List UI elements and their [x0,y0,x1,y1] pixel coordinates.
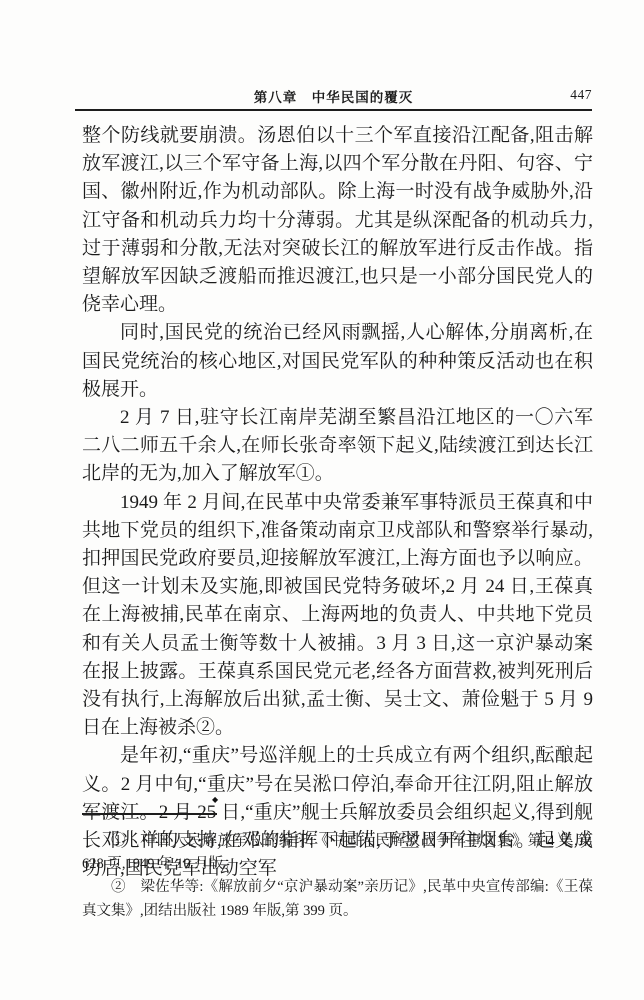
paragraph-3: 2 月 7 日,驻守长江南岸芜湖至繁昌沿江地区的一〇六军二八二师五千余人,在师长… [82,404,593,489]
footnotes-section: ① 中国人民解放军总部编印:《中国人民解放战争军事文集》第 4 集,第 628 … [82,830,593,923]
footnote-2: ② 梁佐华等:《解放前夕“京沪暴动案”亲历记》,民革中央宣传部编:《王葆真文集》… [82,876,593,922]
paragraph-2: 同时,国民党的统治已经风雨飘摇,人心解体,分崩离析,在国民党统治的核心地区,对国… [82,319,593,404]
page-header: 第八章 中华民国的覆灭 447 [75,86,592,106]
header-rule [75,109,592,111]
body-text: 整个防线就要崩溃。汤恩伯以十三个军直接沿江配备,阻击解放军渡江,以三个军守备上海… [82,122,593,883]
book-page: 第八章 中华民国的覆灭 447 整个防线就要崩溃。汤恩伯以十三个军直接沿江配备,… [0,0,644,1000]
paragraph-1: 整个防线就要崩溃。汤恩伯以十三个军直接沿江配备,阻击解放军渡江,以三个军守备上海… [82,122,593,319]
footnote-separator-dot-icon: ◆ [212,796,218,804]
footnote-separator-rule [82,813,217,815]
running-head-chapter-title: 第八章 中华民国的覆灭 [75,86,592,106]
paragraph-4: 1949 年 2 月间,在民革中央常委兼军事特派员王葆真和中共地下党员的组织下,… [82,489,593,743]
page-number: 447 [570,87,592,103]
footnote-1: ① 中国人民解放军总部编印:《中国人民解放战争军事文集》第 4 集,第 628 … [82,830,593,876]
